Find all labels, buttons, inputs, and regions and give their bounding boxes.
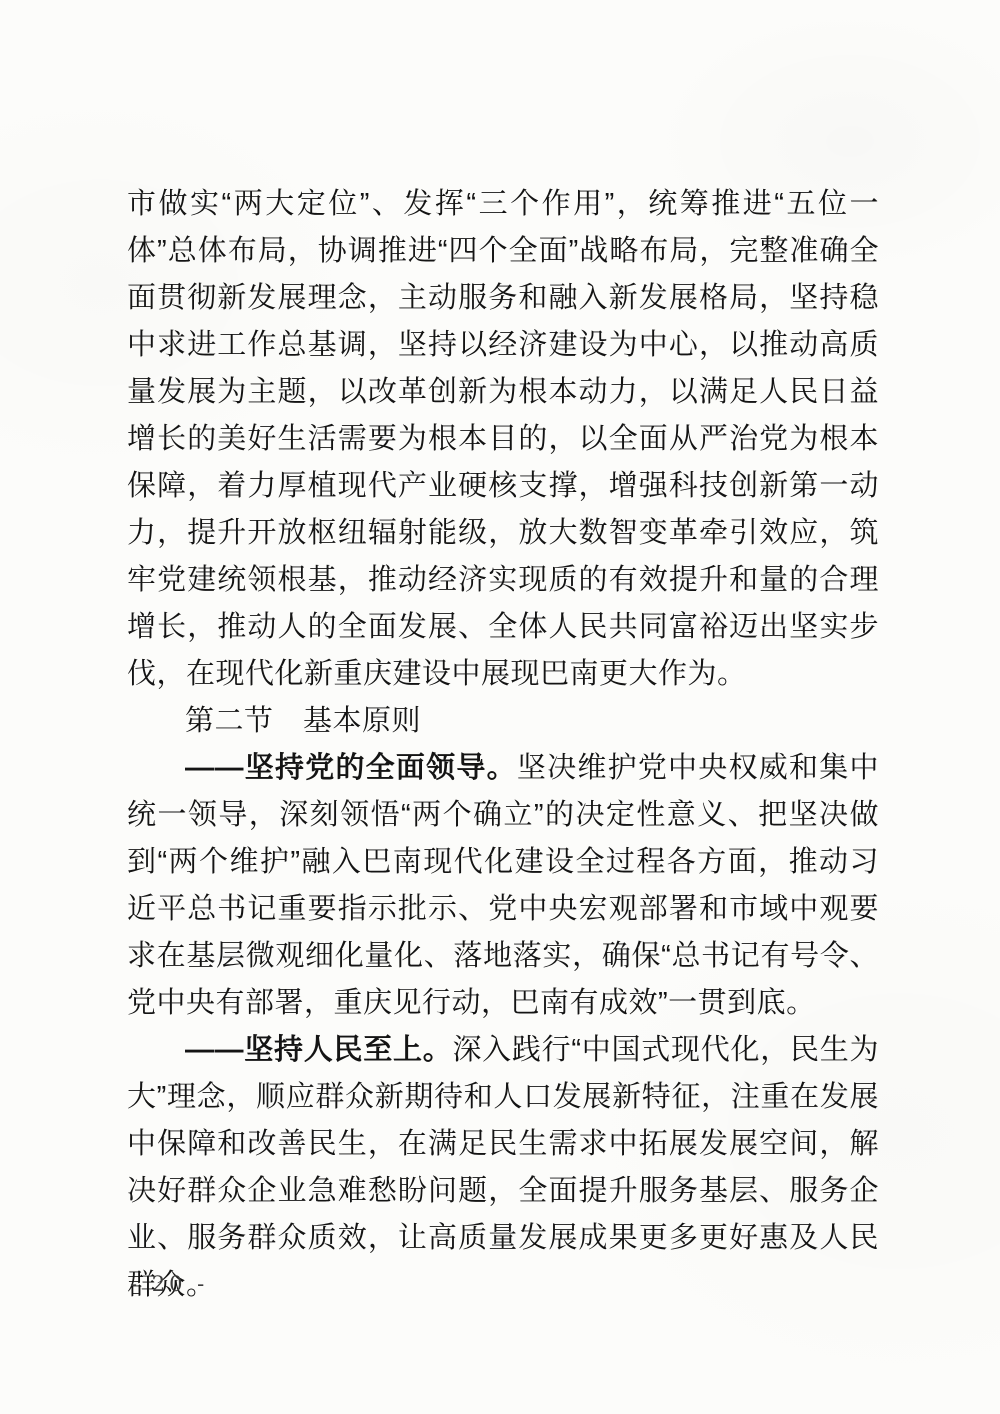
paragraph-text: 深入践行“中国式现代化，民生为大”理念，顺应群众新期待和人口发展新特征，注重在发… [127,1034,879,1301]
body-paragraph: ——坚持党的全面领导。坚决维护党中央权威和集中统一领导，深刻领悟“两个确立”的决… [127,745,879,1027]
document-page: 市做实“两大定位”、发挥“三个作用”，统筹推进“五位一体”总体布局，协调推进“四… [0,0,1000,1414]
document-body: 市做实“两大定位”、发挥“三个作用”，统筹推进“五位一体”总体布局，协调推进“四… [127,181,879,1309]
body-paragraph: ——坚持人民至上。深入践行“中国式现代化，民生为大”理念，顺应群众新期待和人口发… [127,1027,879,1309]
section-heading: 第二节 基本原则 [127,698,879,745]
paragraph-lead-bold: ——坚持党的全面领导。 [185,752,517,784]
body-paragraph: 市做实“两大定位”、发挥“三个作用”，统筹推进“五位一体”总体布局，协调推进“四… [127,181,879,698]
paragraph-text: 坚决维护党中央权威和集中统一领导，深刻领悟“两个确立”的决定性意义、把坚决做到“… [127,752,879,1019]
page-number: - 20 - [130,1272,208,1296]
paragraph-lead-bold: ——坚持人民至上。 [185,1034,452,1066]
